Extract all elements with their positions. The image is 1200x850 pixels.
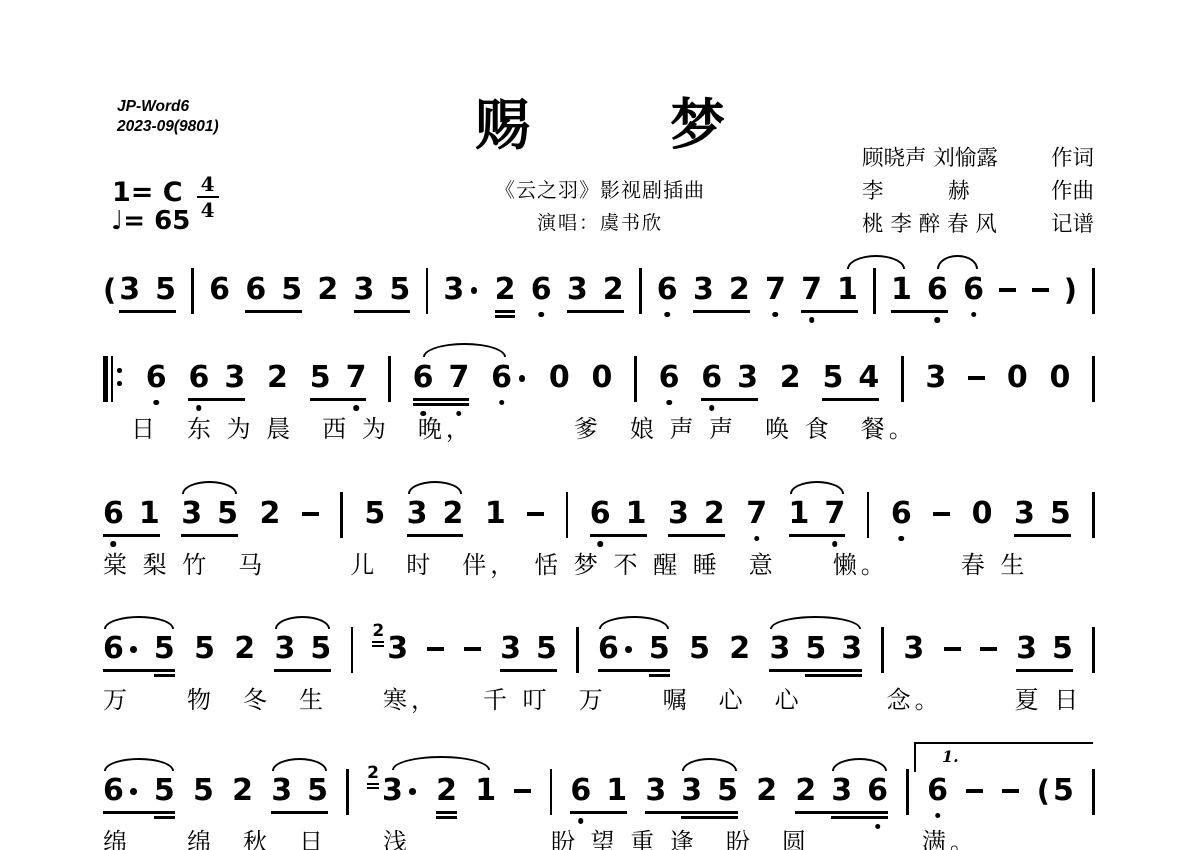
low-octave-dot xyxy=(499,400,505,406)
music-line-4: 65523523356552353335 xyxy=(103,631,1095,671)
barline xyxy=(340,492,343,538)
beam-group: 2 xyxy=(436,773,457,809)
low-octave-dot xyxy=(597,541,603,547)
note-2: 2 xyxy=(234,631,255,667)
barline xyxy=(867,492,870,538)
note-6: 6 xyxy=(927,272,948,308)
beam-line xyxy=(701,398,758,401)
beam-group: 71 xyxy=(801,272,858,308)
note-2: 2 xyxy=(780,360,801,396)
beam-group-slur: 35 xyxy=(181,496,238,532)
tie-arc xyxy=(847,255,905,269)
paren-group: (5 xyxy=(1037,773,1074,809)
beam-group: 63 xyxy=(188,360,245,396)
beam-line xyxy=(354,310,411,313)
beam-line xyxy=(188,398,245,401)
grace-beam-line xyxy=(372,641,384,643)
beam-line xyxy=(805,674,862,677)
tie-arc xyxy=(423,343,506,357)
repeat-dot xyxy=(117,381,122,386)
note-6: 6 xyxy=(590,496,611,532)
grace-note: 2 xyxy=(367,765,379,782)
paren-group: (35 xyxy=(103,272,176,308)
beam-line xyxy=(891,310,948,313)
duration-dash xyxy=(527,512,544,516)
low-octave-dot xyxy=(809,317,815,323)
duration-dash xyxy=(999,288,1016,292)
note-2: 2 xyxy=(795,773,816,809)
duration-dash xyxy=(1032,288,1049,292)
beam-line xyxy=(154,816,175,819)
note-6: 6 xyxy=(867,773,888,809)
duration-dash xyxy=(980,647,997,651)
beam-line xyxy=(154,674,175,677)
duration-dash xyxy=(966,789,983,793)
system-2: 66325767600663254300 日 东 为 晨 西 为 晚， 爹 娘 … xyxy=(103,360,1095,444)
note-3: 3 xyxy=(693,272,714,308)
duration-dash xyxy=(968,376,985,380)
note-7: 7 xyxy=(346,360,367,396)
low-octave-dot xyxy=(773,312,779,318)
note-6: 6 xyxy=(963,272,984,308)
volta-bracket: 1. xyxy=(914,742,1093,772)
barline xyxy=(576,627,579,673)
note-3: 3 xyxy=(925,360,946,396)
note-1: 1 xyxy=(626,496,647,532)
repeat-dot xyxy=(117,368,122,373)
beam-line xyxy=(436,816,457,819)
note-6: 6 xyxy=(531,272,552,308)
note-1: 1 xyxy=(891,272,912,308)
note-7: 7 xyxy=(746,496,767,532)
beam-group: 32 xyxy=(693,272,750,308)
barline xyxy=(901,356,904,402)
note-6: 6 xyxy=(891,496,912,532)
note-1: 1 xyxy=(139,496,160,532)
beam-line xyxy=(789,534,846,537)
note-5: 5 xyxy=(281,272,302,308)
beam-line xyxy=(769,669,862,672)
note-1: 1 xyxy=(606,773,627,809)
note-5: 5 xyxy=(649,631,670,667)
barline xyxy=(634,356,637,402)
beam-group: 5 xyxy=(649,631,670,667)
note-2: 2 xyxy=(436,773,457,809)
low-octave-dot xyxy=(971,312,977,318)
note-3: 3 xyxy=(382,773,403,809)
beam-line xyxy=(500,669,557,672)
note-5: 5 xyxy=(217,496,238,532)
note-2: 2 xyxy=(704,496,725,532)
beam-group: 54 xyxy=(822,360,879,396)
barline xyxy=(1092,769,1095,815)
note-3: 3 xyxy=(769,631,790,667)
note-3: 3 xyxy=(387,631,408,667)
note-3: 3 xyxy=(500,631,521,667)
barline xyxy=(566,492,569,538)
note-2: 2 xyxy=(495,272,516,308)
barline xyxy=(881,627,884,673)
beam-group: 335 xyxy=(645,773,738,809)
note-6: 6 xyxy=(701,360,722,396)
note-7: 7 xyxy=(824,496,845,532)
note-6: 6 xyxy=(570,773,591,809)
note-5: 5 xyxy=(717,773,738,809)
note-7: 7 xyxy=(449,360,470,396)
beam-group: 61 xyxy=(590,496,647,532)
note-5: 5 xyxy=(310,631,331,667)
note-5: 5 xyxy=(194,631,215,667)
beam-line xyxy=(693,310,750,313)
augmentation-dot xyxy=(519,375,526,382)
low-octave-dot xyxy=(538,312,544,318)
beam-group-slur: 17 xyxy=(789,496,846,532)
barline xyxy=(351,627,354,673)
augmentation-dot xyxy=(471,287,478,294)
note-6: 6 xyxy=(103,496,124,532)
note-2: 2 xyxy=(267,360,288,396)
note-5: 5 xyxy=(1050,496,1071,532)
note-3: 3 xyxy=(1014,496,1035,532)
note-3: 3 xyxy=(271,773,292,809)
low-octave-dot xyxy=(153,400,159,406)
note-0: 0 xyxy=(1050,360,1071,396)
beam-group-slur: 35 xyxy=(271,773,328,809)
note-3: 3 xyxy=(668,496,689,532)
system-1: (3566523532632632771166) xyxy=(103,272,1095,312)
beam-line xyxy=(567,310,624,313)
note-6: 6 xyxy=(659,360,680,396)
beam-group: 57 xyxy=(310,360,367,396)
beam-group-slur: 65 xyxy=(103,773,175,809)
barline xyxy=(1092,627,1095,673)
low-octave-dot xyxy=(935,813,941,819)
note-0: 0 xyxy=(549,360,570,396)
duration-dash xyxy=(933,512,950,516)
beam-group-slur: 65 xyxy=(598,631,670,667)
note-7: 7 xyxy=(765,272,786,308)
note-6: 6 xyxy=(413,360,434,396)
barline xyxy=(906,769,909,815)
beam-line xyxy=(668,534,725,537)
beam-group: 5 xyxy=(154,631,175,667)
grace-beam-line xyxy=(367,783,379,785)
note-1: 1 xyxy=(485,496,506,532)
beam-group-slur: 353 xyxy=(769,631,862,667)
note-3: 3 xyxy=(119,272,140,308)
note-5: 5 xyxy=(822,360,843,396)
low-octave-dot xyxy=(353,405,359,411)
note-2: 2 xyxy=(259,496,280,532)
note-0: 0 xyxy=(972,496,993,532)
beam-line xyxy=(590,534,647,537)
low-octave-dot xyxy=(196,405,202,411)
note-5: 5 xyxy=(389,272,410,308)
note-3: 3 xyxy=(831,773,852,809)
note-2: 2 xyxy=(232,773,253,809)
note-6: 6 xyxy=(491,360,512,396)
system-5: 65523523216133522366(51.绵 绵 秋 日 浅 盼 望 重 … xyxy=(103,773,1095,850)
lyrics-line-2: 日 东 为 晨 西 为 晚， 爹 娘 声 声 唤 食 餐。 xyxy=(103,414,1095,444)
beam-group: 65 xyxy=(245,272,302,308)
note-6: 6 xyxy=(188,360,209,396)
beam-group: 67 xyxy=(413,360,470,396)
beam-line xyxy=(413,403,470,406)
beam-line xyxy=(495,310,516,313)
system-4: 65523523356552353335万 物 冬 生 寒， 千 叮 万 嘱 心… xyxy=(103,631,1095,715)
augmentation-dot xyxy=(409,788,416,795)
beam-group: 236 xyxy=(795,773,888,809)
beam-line xyxy=(245,310,302,313)
music-line-5: 65523523216133522366(51. xyxy=(103,773,1095,813)
beam-line xyxy=(801,310,858,313)
beam-group: 35 xyxy=(1016,631,1073,667)
repeat-start-sign xyxy=(103,356,124,402)
note-2: 2 xyxy=(729,272,750,308)
note-4: 4 xyxy=(858,360,879,396)
note-3: 3 xyxy=(443,272,464,308)
beam-line xyxy=(436,811,457,814)
note-6: 6 xyxy=(103,773,124,809)
duration-dash xyxy=(464,647,481,651)
beam-line xyxy=(103,669,175,672)
beam-group: 32 xyxy=(567,272,624,308)
barline xyxy=(346,769,349,815)
note-3: 3 xyxy=(737,360,758,396)
barline xyxy=(388,356,391,402)
grace-note-cluster: 23 xyxy=(367,773,418,809)
beam-line xyxy=(495,315,516,318)
note-3: 3 xyxy=(407,496,428,532)
grace-beam-line xyxy=(372,645,384,647)
score-area: (3566523532632632771166)6632576760066325… xyxy=(103,0,1095,850)
note-6: 6 xyxy=(245,272,266,308)
beam-group: 16 xyxy=(891,272,948,308)
open-paren: ( xyxy=(1037,773,1050,809)
note-3: 3 xyxy=(181,496,202,532)
close-paren: ) xyxy=(1064,272,1077,308)
note-3: 3 xyxy=(841,631,862,667)
note-5: 5 xyxy=(155,272,176,308)
beam-line xyxy=(649,674,670,677)
low-octave-dot xyxy=(664,312,670,318)
beam-line xyxy=(570,811,627,814)
beam-group: 63 xyxy=(701,360,758,396)
low-octave-dot xyxy=(754,536,760,542)
note-3: 3 xyxy=(1016,631,1037,667)
beam-group-slur: 35 xyxy=(681,773,738,809)
note-5: 5 xyxy=(1053,773,1074,809)
note-6: 6 xyxy=(927,773,948,809)
beam-group: 61 xyxy=(570,773,627,809)
barline xyxy=(639,268,642,314)
note-1: 1 xyxy=(475,773,496,809)
beam-group: 35 xyxy=(500,631,557,667)
low-octave-dot xyxy=(666,400,672,406)
sheet-music-page: JP-Word6 2023-09(9801) 赐梦 《云之羽》影视剧插曲 演唱：… xyxy=(0,0,1200,850)
tie-arc xyxy=(937,255,977,269)
lyrics-line-4: 万 物 冬 生 寒， 千 叮 万 嘱 心 心 念。 夏 日 xyxy=(103,685,1095,715)
note-5: 5 xyxy=(805,631,826,667)
repeat-thick-bar xyxy=(103,356,108,402)
note-5: 5 xyxy=(310,360,331,396)
beam-group: 61 xyxy=(103,496,160,532)
low-octave-dot xyxy=(709,405,715,411)
tie-arc xyxy=(392,756,489,770)
grace-beam-line xyxy=(367,787,379,789)
note-6: 6 xyxy=(657,272,678,308)
repeat-thin-bar xyxy=(111,356,113,402)
beam-line xyxy=(1016,669,1073,672)
low-octave-dot xyxy=(899,536,905,542)
beam-line xyxy=(271,811,328,814)
note-1: 1 xyxy=(837,272,858,308)
beam-group-slur: 36 xyxy=(831,773,888,809)
beam-group: 32 xyxy=(668,496,725,532)
note-2: 2 xyxy=(443,496,464,532)
note-3: 3 xyxy=(681,773,702,809)
beam-group-slur: 35 xyxy=(274,631,331,667)
open-paren: ( xyxy=(103,272,116,308)
note-3: 3 xyxy=(903,631,924,667)
note-5: 5 xyxy=(1052,631,1073,667)
beam-group: 5 xyxy=(154,773,175,809)
beam-line xyxy=(681,816,738,819)
note-3: 3 xyxy=(274,631,295,667)
barline xyxy=(1092,492,1095,538)
note-6: 6 xyxy=(146,360,167,396)
beam-line xyxy=(181,534,238,537)
beam-group: 2 xyxy=(495,272,516,308)
beam-line xyxy=(274,669,331,672)
beam-line xyxy=(598,669,670,672)
beam-line xyxy=(645,811,738,814)
barline xyxy=(1092,268,1095,314)
low-octave-dot xyxy=(578,818,584,824)
beam-group: 35 xyxy=(1014,496,1071,532)
note-5: 5 xyxy=(364,496,385,532)
beam-group: 53 xyxy=(805,631,862,667)
low-octave-dot xyxy=(111,541,117,547)
beam-line xyxy=(795,811,888,814)
beam-group: 35 xyxy=(354,272,411,308)
note-6: 6 xyxy=(598,631,619,667)
grace-note: 2 xyxy=(372,623,384,640)
note-2: 2 xyxy=(756,773,777,809)
system-3: 61352532161327176035棠 梨 竹 马 儿 时 伴， 恬 梦 不… xyxy=(103,496,1095,580)
duration-dash xyxy=(514,789,531,793)
note-0: 0 xyxy=(592,360,613,396)
lyrics-line-5: 绵 绵 秋 日 浅 盼 望 重 逢 盼 圆 满。 xyxy=(103,827,1095,850)
note-1: 1 xyxy=(789,496,810,532)
beam-line xyxy=(310,398,367,401)
beam-group: 35 xyxy=(119,272,176,308)
note-3: 3 xyxy=(645,773,666,809)
note-5: 5 xyxy=(154,631,175,667)
note-0: 0 xyxy=(1007,360,1028,396)
barline xyxy=(191,268,194,314)
beam-line xyxy=(413,398,470,401)
lyrics-line-3: 棠 梨 竹 马 儿 时 伴， 恬 梦 不 醒 睡 意 懒。 春 生 xyxy=(103,550,1095,580)
beam-group-slur: 65 xyxy=(103,631,175,667)
note-5: 5 xyxy=(689,631,710,667)
beam-line xyxy=(1014,534,1071,537)
barline xyxy=(426,268,429,314)
barline xyxy=(550,769,553,815)
augmentation-dot xyxy=(130,788,137,795)
music-line-1: (3566523532632632771166) xyxy=(103,272,1095,312)
beam-line xyxy=(407,534,464,537)
barline xyxy=(873,268,876,314)
note-6: 6 xyxy=(209,272,230,308)
note-3: 3 xyxy=(354,272,375,308)
music-line-2: 66325767600663254300 xyxy=(103,360,1095,400)
duration-dash xyxy=(302,512,319,516)
duration-dash xyxy=(427,647,444,651)
note-3: 3 xyxy=(224,360,245,396)
note-7: 7 xyxy=(801,272,822,308)
augmentation-dot xyxy=(625,646,632,653)
beam-line xyxy=(831,816,888,819)
note-2: 2 xyxy=(729,631,750,667)
beam-line xyxy=(822,398,879,401)
note-5: 5 xyxy=(154,773,175,809)
note-5: 5 xyxy=(536,631,557,667)
note-6: 6 xyxy=(103,631,124,667)
barline xyxy=(1092,356,1095,402)
note-2: 2 xyxy=(603,272,624,308)
note-2: 2 xyxy=(317,272,338,308)
volta-label: 1. xyxy=(942,749,959,765)
beam-line xyxy=(119,310,176,313)
duration-dash xyxy=(944,647,961,651)
note-5: 5 xyxy=(193,773,214,809)
low-octave-dot xyxy=(935,317,941,323)
duration-dash xyxy=(1002,789,1019,793)
beam-group-slur: 32 xyxy=(407,496,464,532)
low-octave-dot xyxy=(832,541,838,547)
beam-line xyxy=(103,534,160,537)
grace-note-cluster: 23 xyxy=(372,631,408,667)
beam-line xyxy=(103,811,175,814)
music-line-3: 61352532161327176035 xyxy=(103,496,1095,536)
note-5: 5 xyxy=(307,773,328,809)
note-3: 3 xyxy=(567,272,588,308)
augmentation-dot xyxy=(130,646,137,653)
